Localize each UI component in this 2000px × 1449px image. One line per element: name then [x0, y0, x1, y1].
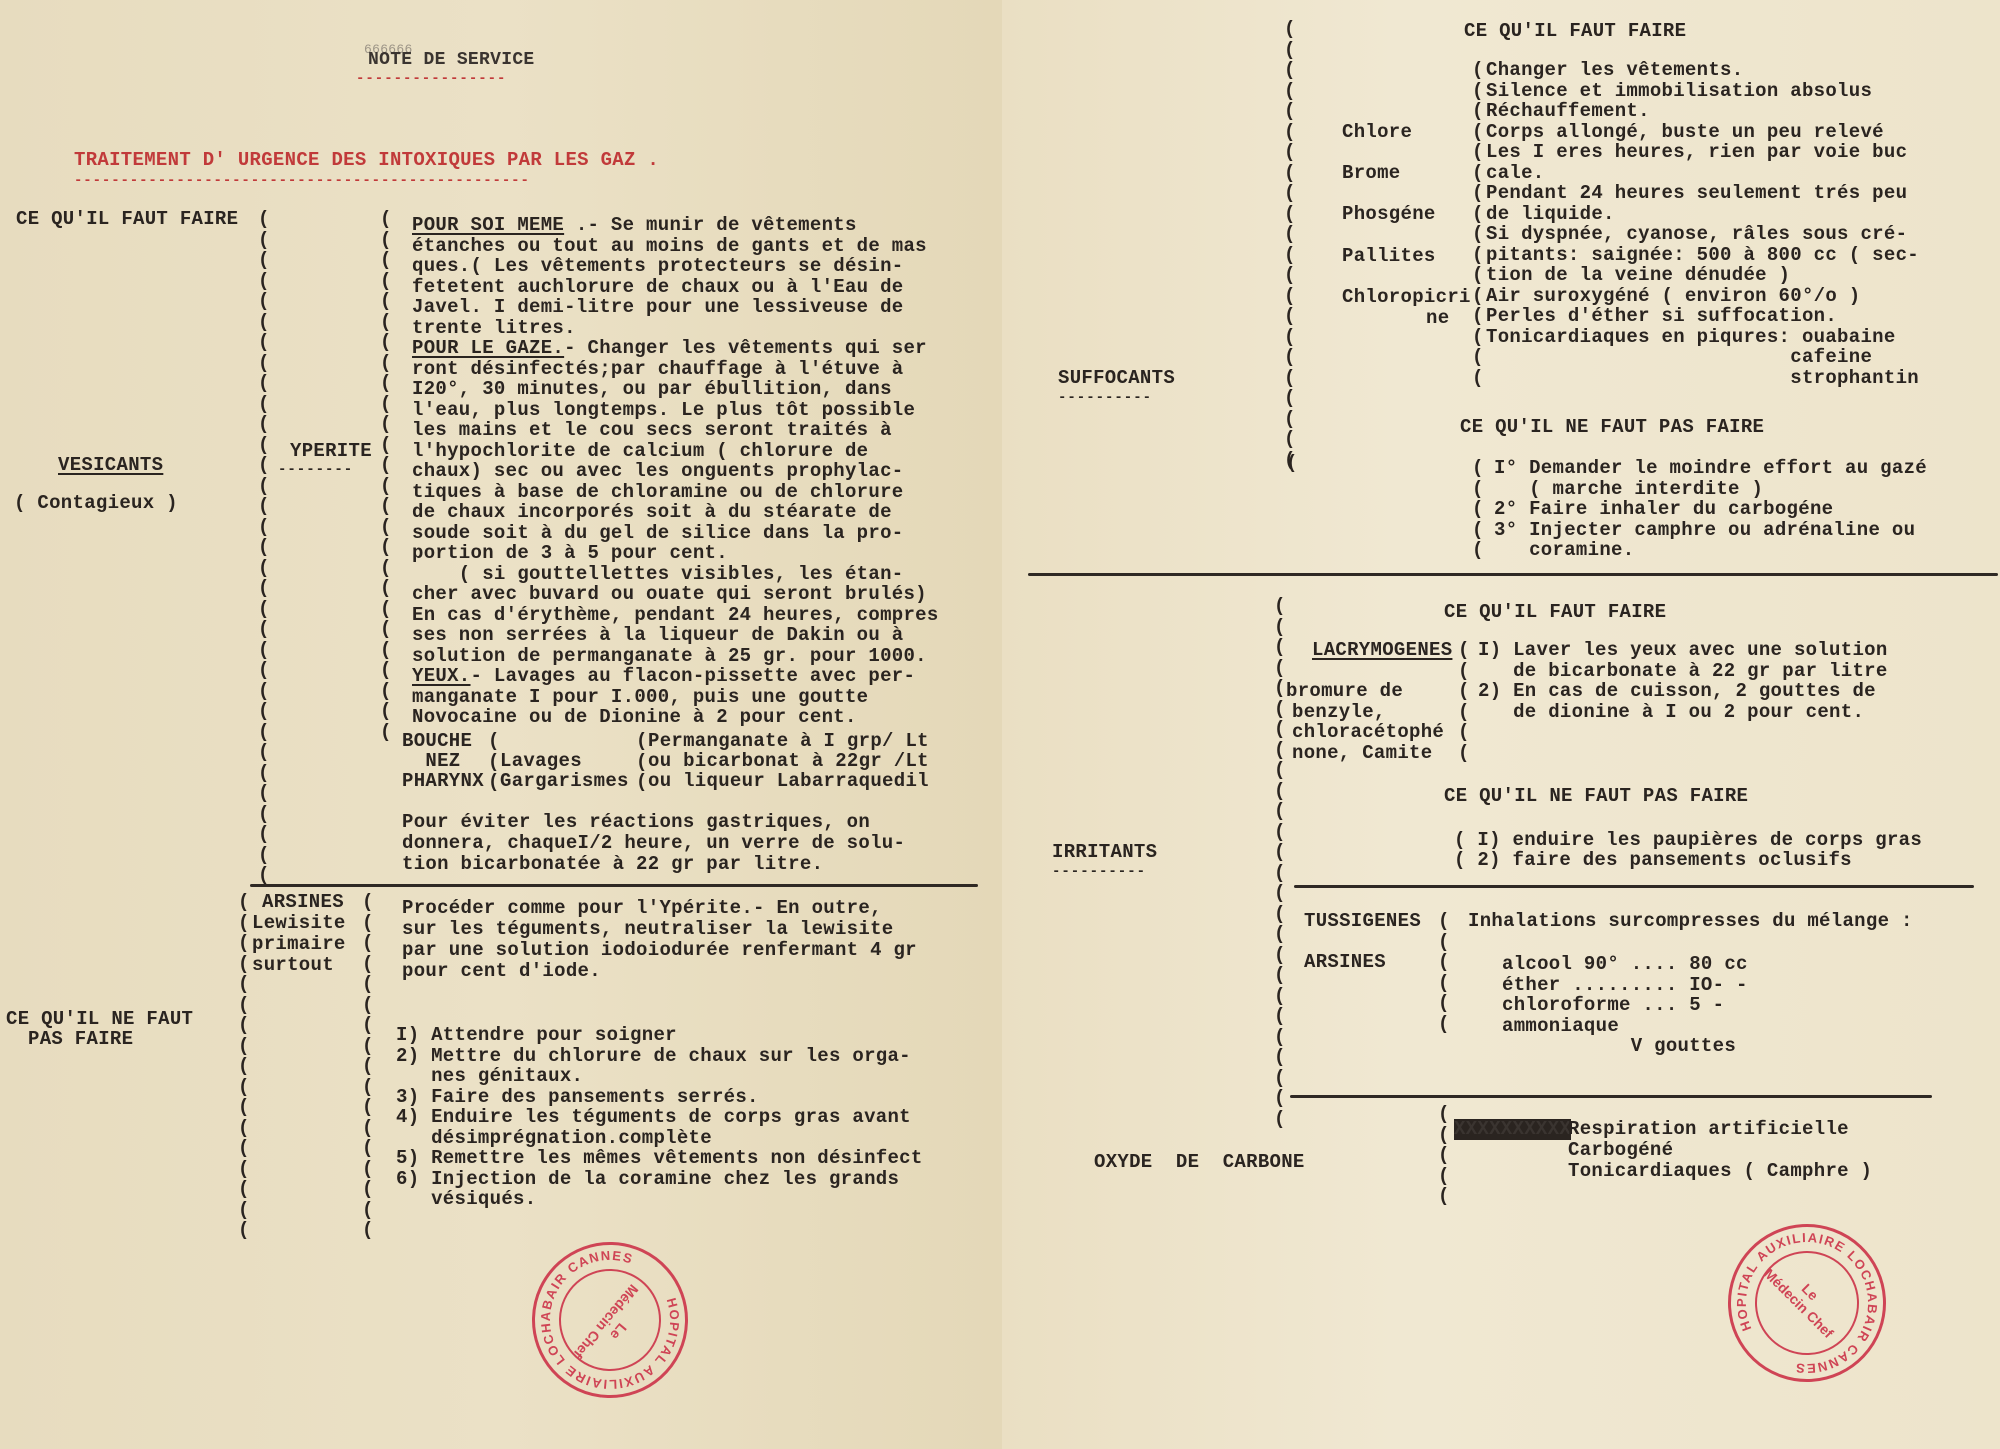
bracket-extra: (	[1286, 453, 1297, 474]
section-divider	[1294, 885, 1974, 888]
agent-chloropicrine-suffix: ne	[1426, 308, 1449, 329]
bracket-tussigenes: ( ( ( ( ( (	[1438, 911, 1449, 1034]
mixture-line: chloroforme ... 5 -	[1502, 995, 1748, 1016]
section-divider	[1290, 1095, 1932, 1098]
text-line: .- Se munir de vêtements	[564, 214, 857, 236]
organ-nez: NEZ	[402, 751, 472, 772]
action-lavages: Lavages	[500, 751, 582, 772]
bracket-arsines: ( ( ( ( ( ( ( ( ( ( ( ( ( ( ( ( (	[238, 892, 249, 1241]
text-line: Réchauffement.	[1486, 101, 1919, 122]
list-item: ( I) enduire les paupières de corps gras	[1454, 830, 1922, 851]
text-line: chaux) sec ou avec les onguents prophyla…	[412, 461, 972, 482]
bracket-product: ( ( (	[636, 731, 647, 793]
list-item: 3) Faire des pansements serrés.	[396, 1087, 923, 1108]
text-line: Changer les vêtements.	[1486, 60, 1919, 81]
suffocants-faire-heading: CE QU'IL FAUT FAIRE	[1464, 21, 1686, 42]
lacrymo-agent: benzyle,	[1292, 702, 1386, 723]
irritants-ne-pas-faire-heading: CE QU'IL NE FAUT PAS FAIRE	[1444, 786, 1748, 807]
suffocants-ne-pas-faire-list: I° Demander le moindre effort au gazé ( …	[1494, 458, 1927, 561]
bracket-column-outer: ( ( ( ( ( ( ( ( ( ( ( ( ( ( ( ( ( ( ( ( …	[258, 209, 269, 886]
text-line: ront désinfectés;par chauffage à l'étuve…	[412, 359, 972, 380]
text-line: ques.( Les vêtements protecteurs se dési…	[412, 256, 972, 277]
text-line: Corps allongé, buste un peu relevé	[1486, 122, 1919, 143]
text-line: trente litres.	[412, 318, 972, 339]
left-page: 666666 NOTE DE SERVICE ---------------- …	[0, 0, 1004, 1449]
text-line: Perles d'éther si suffocation.	[1486, 306, 1919, 327]
category-note: ( Contagieux )	[14, 493, 178, 514]
text-line: Les I eres heures, rien par voie buc	[1486, 142, 1919, 163]
action-gargarismes: Gargarismes	[500, 771, 629, 792]
pour-soi-heading: POUR SOI MEME	[412, 214, 564, 236]
list-item: ( 2) faire des pansements oclusifs	[1454, 850, 1852, 871]
arsines-text: sur les téguments, neutraliser la lewisi…	[402, 919, 893, 940]
list-item: 6) Injection de la coramine chez les gra…	[396, 1169, 923, 1190]
list-item: désimprégnation.complète	[396, 1128, 923, 1149]
text-line: Novocaine ou de Dionine à 2 pour cent.	[412, 707, 972, 728]
list-item: 4) Enduire les téguments de corps gras a…	[396, 1107, 923, 1128]
text-line: les mains et le cou secs seront traités …	[412, 420, 972, 441]
text-line: manganate I pour I.000, puis une goutte	[412, 687, 972, 708]
text-line: l'eau, plus longtemps. Le plus tôt possi…	[412, 400, 972, 421]
lacrymo-agent: chloracétophé	[1292, 722, 1444, 743]
mixture-line: V gouttes	[1502, 1036, 1748, 1057]
arsines-text: Procéder comme pour l'Ypérite.- En outre…	[402, 898, 882, 919]
bracket-suffocants-ne: ( ( ( ( (	[1472, 458, 1483, 561]
category-vesicants: VESICANTS	[58, 455, 163, 476]
list-item: ( marche interdite )	[1494, 479, 1927, 500]
arsines-text: par une solution iodoiodurée renfermant …	[402, 940, 917, 961]
text-line: de chaux incorporés soit à du stéarate d…	[412, 502, 972, 523]
arsines-text: pour cent d'iode.	[402, 961, 601, 982]
agent-tussigenes: TUSSIGENES	[1304, 911, 1421, 932]
section-ne-pas-faire-label: CE QU'IL NE FAUT	[6, 1009, 193, 1030]
pour-gaze-line-0: POUR LE GAZE.- Changer les vêtements qui…	[412, 338, 972, 359]
list-item: 2° Faire inhaler du carbogéne	[1494, 499, 1927, 520]
list-item: nes génitaux.	[396, 1066, 923, 1087]
document-subtitle: TRAITEMENT D' URGENCE DES INTOXIQUES PAR…	[74, 150, 659, 171]
agent-chloropicrine: Chloropicri	[1342, 287, 1471, 308]
product-liqueur: ou liqueur Labarraquedil	[648, 771, 929, 792]
agent-brome: Brome	[1342, 163, 1401, 184]
mixture-line: éther ......... IO- -	[1502, 975, 1748, 996]
lacrymo-agent: none, Camite	[1292, 743, 1432, 764]
text-line: - Changer les vêtements qui ser	[564, 337, 927, 359]
lacrymo-agent: bromure de	[1286, 681, 1403, 702]
bracket-arsines-inner: ( ( ( ( ( ( ( ( ( ( ( ( ( ( ( ( (	[362, 892, 373, 1241]
text-line: Javel. I demi-litre pour une lessiveuse …	[412, 297, 972, 318]
category-irritants: IRRITANTS	[1052, 842, 1157, 863]
text-line: cafeine	[1486, 347, 1919, 368]
arsines-label: Lewisite	[252, 913, 346, 934]
pour-gaze-heading: POUR LE GAZE.	[412, 337, 564, 359]
category-oxyde-de-carbone: OXYDE DE CARBONE	[1094, 1152, 1305, 1173]
text-line: Air suroxygéné ( environ 60°/o )	[1486, 286, 1919, 307]
yeux-line-0: YEUX.- Lavages au flacon-pissette avec p…	[412, 666, 972, 687]
text-line: l'hypochlorite de calcium ( chlorure de	[412, 441, 972, 462]
bracket-irritants: ( ( ( ( ( ( ( ( ( ( ( ( ( ( ( ( ( ( ( ( …	[1274, 596, 1285, 1129]
list-item: 3° Injecter camphre ou adrénaline ou	[1494, 520, 1927, 541]
struck-out-word: XXXXXXXXXX	[1454, 1119, 1571, 1140]
product-permanganate: Permanganate à I grp/ Lt	[648, 731, 929, 752]
text-line: ( si gouttellettes visibles, les étan-	[412, 564, 972, 585]
oxyde-line: Carbogéné	[1568, 1140, 1673, 1161]
list-item: vésiqués.	[396, 1189, 923, 1210]
list-item: 2) En cas de cuisson, 2 gouttes de	[1478, 681, 1888, 702]
suffocants-ne-pas-faire-heading: CE QU'IL NE FAUT PAS FAIRE	[1460, 417, 1764, 438]
text-line: tion de la veine dénudée )	[1486, 265, 1919, 286]
organ-pharynx: PHARYNX	[402, 771, 484, 792]
agent-phosgene: Phosgéne	[1342, 204, 1436, 225]
arsines-label: surtout	[252, 955, 334, 976]
text-line: de liquide.	[1486, 204, 1919, 225]
suffocants-underline: ----------	[1058, 390, 1152, 406]
text-line: Pendant 24 heures seulement trés peu	[1486, 183, 1919, 204]
agent-yperite: YPERITE	[290, 441, 372, 462]
agent-arsines: ARSINES	[1304, 952, 1386, 973]
text-line: strophantin	[1486, 368, 1919, 389]
text-line: Tonicardiaques en piqures: ouabaine	[1486, 327, 1919, 348]
subtitle-underline: ----------------------------------------…	[74, 173, 530, 189]
arsines-label: primaire	[252, 934, 346, 955]
mixture-list: alcool 90° .... 80 cc éther ......... IO…	[1502, 954, 1748, 1057]
pour-soi-line-0: POUR SOI MEME .- Se munir de vêtements	[412, 215, 972, 236]
yperite-underline: --------	[278, 462, 353, 478]
section-divider	[1028, 573, 1998, 576]
list-item: de bicarbonate à 22 gr par litre	[1478, 661, 1888, 682]
text-line: cher avec buvard ou ouate qui seront bru…	[412, 584, 972, 605]
text-line: portion de 3 à 5 pour cent.	[412, 543, 972, 564]
text-line: étanches ou tout au moins de gants et de…	[412, 236, 972, 257]
text-line: pitants: saignée: 500 à 800 cc ( sec-	[1486, 245, 1919, 266]
yeux-heading: YEUX.	[412, 665, 471, 687]
bracket-column-inner: ( ( ( ( ( ( ( ( ( ( ( ( ( ( ( ( ( ( ( ( …	[380, 209, 391, 742]
organ-bouche: BOUCHE	[402, 731, 472, 752]
text-line: tiques à base de chloramine ou de chloru…	[412, 482, 972, 503]
list-item: 2) Mettre du chlorure de chaux sur les o…	[396, 1046, 923, 1067]
bracket-oxyde: ( ( ( ( (	[1438, 1104, 1449, 1207]
text-line: - Lavages au flacon-pissette avec per-	[471, 665, 916, 687]
oxyde-line: Tonicardiaques ( Camphre )	[1568, 1161, 1872, 1182]
yperite-treatment-block: POUR SOI MEME .- Se munir de vêtements é…	[412, 215, 972, 728]
irritants-underline: ----------	[1052, 864, 1146, 880]
mixture-line: alcool 90° .... 80 cc	[1502, 954, 1748, 975]
text-line: Si dyspnée, cyanose, râles sous cré-	[1486, 224, 1919, 245]
mixture-line: ammoniaque	[1502, 1016, 1748, 1037]
lacrymo-faire-list: I) Laver les yeux avec une solution de b…	[1478, 640, 1888, 722]
bracket-suffocants-inner: ( ( ( ( ( ( ( ( ( ( ( ( ( ( ( (	[1472, 60, 1483, 388]
ne-pas-faire-list: I) Attendre pour soigner 2) Mettre du ch…	[396, 1025, 923, 1210]
arsines-label: ARSINES	[262, 892, 344, 913]
agent-pallites: Pallites	[1342, 246, 1436, 267]
bracket-suffocants: ( ( ( ( ( ( ( ( ( ( ( ( ( ( ( ( ( ( ( ( …	[1284, 19, 1295, 470]
agent-lacrymogenes: LACRYMOGENES	[1312, 640, 1452, 661]
text-line: I20°, 30 minutes, ou par ébullition, dan…	[412, 379, 972, 400]
inhalation-heading: Inhalations surcompresses du mélange :	[1468, 911, 1913, 932]
suffocants-faire-list: Changer les vêtements. Silence et immobi…	[1486, 60, 1919, 388]
list-item: coramine.	[1494, 540, 1927, 561]
text-line: ses non serrées à la liqueur de Dakin ou…	[412, 625, 972, 646]
section-ne-pas-faire-label: PAS FAIRE	[28, 1029, 133, 1050]
gastric-line: donnera, chaqueI/2 heure, un verre de so…	[402, 833, 905, 854]
text-line: fetetent auchlorure de chaux ou à l'Eau …	[412, 277, 972, 298]
list-item: 5) Remettre les mêmes vêtements non dési…	[396, 1148, 923, 1169]
hospital-stamp-left: HOPITAL AUXILIAIRE LOCHABAIR CANNES Le M…	[510, 1220, 710, 1420]
section-faire-label: CE QU'IL FAUT FAIRE	[16, 209, 238, 230]
page-title: NOTE DE SERVICE	[368, 50, 535, 71]
gastric-line: Pour éviter les réactions gastriques, on	[402, 812, 870, 833]
section-divider	[250, 884, 978, 887]
product-bicarbonat: ou bicarbonat à 22gr /Lt	[648, 751, 929, 772]
list-item: I) Laver les yeux avec une solution	[1478, 640, 1888, 661]
agent-chlore: Chlore	[1342, 122, 1412, 143]
text-line: soude soit à du gel de silice dans la pr…	[412, 523, 972, 544]
list-item: I° Demander le moindre effort au gazé	[1494, 458, 1927, 479]
text-line: cale.	[1486, 163, 1919, 184]
gastric-line: tion bicarbonatée à 22 gr par litre.	[402, 854, 823, 875]
category-suffocants: SUFFOCANTS	[1058, 368, 1175, 389]
oxyde-line: Respiration artificielle	[1568, 1119, 1849, 1140]
text-line: solution de permanganate à 25 gr. pour 1…	[412, 646, 972, 667]
bracket-lacrymo: ( ( ( ( ( (	[1458, 640, 1469, 763]
irritants-faire-heading: CE QU'IL FAUT FAIRE	[1444, 602, 1666, 623]
list-item: I) Attendre pour soigner	[396, 1025, 923, 1046]
hospital-stamp-right: HOPITAL AUXILIAIRE LOCHABAIR CANNES Le M…	[1702, 1198, 1912, 1408]
text-line: Silence et immobilisation absolus	[1486, 81, 1919, 102]
list-item: de dionine à I ou 2 pour cent.	[1478, 702, 1888, 723]
right-page: ( ( ( ( ( ( ( ( ( ( ( ( ( ( ( ( ( ( ( ( …	[1002, 0, 2000, 1449]
bracket-organ: ( ( (	[488, 731, 499, 793]
title-underline: ----------------	[356, 71, 506, 87]
text-line: En cas d'érythème, pendant 24 heures, co…	[412, 605, 972, 626]
